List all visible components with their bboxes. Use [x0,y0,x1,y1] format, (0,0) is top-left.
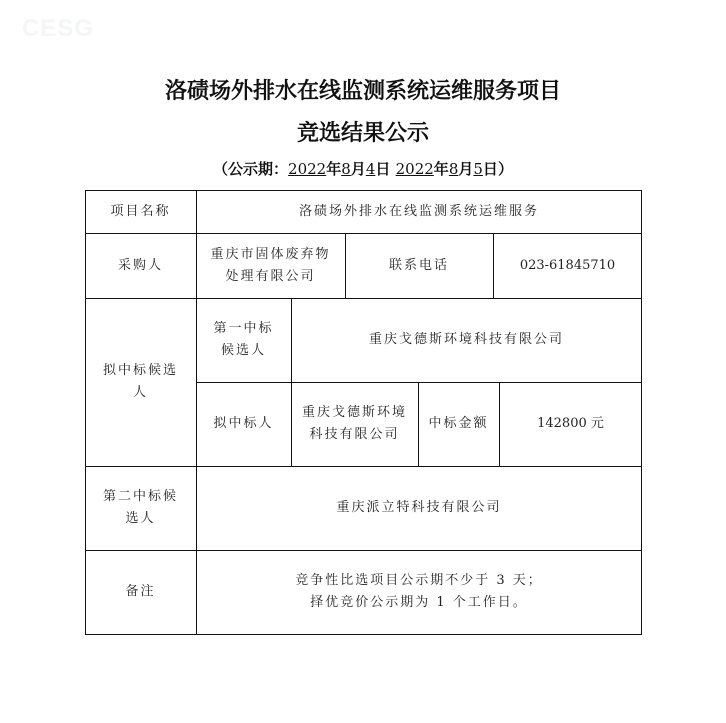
purchaser-label: 采购人 [85,233,196,298]
watermark-logo: CESG [22,15,94,43]
contact-phone-value: 023-61845710 [493,233,642,298]
start-year: 2022 [288,160,326,178]
result-table: 项目名称 洛碛场外排水在线监测系统运维服务 采购人 重庆市固体废弃物处理有限公司… [85,190,642,635]
end-day: 5 [473,160,483,178]
day-label: 日 [483,160,498,178]
day-label: 日 [375,160,390,178]
remarks-line-1: 竞争性比选项目公示期不少于 3 天； [295,570,543,592]
start-day: 4 [366,160,376,178]
proposed-winner-label: 拟中标人 [196,382,291,466]
table-border [85,634,642,635]
remarks-line-2: 择优竞价公示期为 1 个工作日。 [310,592,528,614]
document-title: 洛碛场外排水在线监测系统运维服务项目 [0,74,726,105]
contact-phone-label: 联系电话 [345,233,493,298]
document-subtitle: 竞选结果公示 [0,116,726,147]
month-label: 月 [458,160,473,178]
remarks-value: 竞争性比选项目公示期不少于 3 天； 择优竞价公示期为 1 个工作日。 [196,550,642,634]
first-candidate-value: 重庆戈德斯环境科技有限公司 [291,298,642,382]
publicity-period: （公示期：2022年8月4日 2022年8月5日） [0,158,726,179]
second-candidate-label: 第二中标候选人 [85,466,196,550]
project-name-label: 项目名称 [85,190,196,233]
second-candidate-value: 重庆派立特科技有限公司 [196,466,642,550]
end-year: 2022 [396,160,434,178]
month-label: 月 [351,160,366,178]
bid-amount-value: 142800 元 [499,382,642,466]
proposed-candidates-label: 拟中标候选人 [85,298,196,466]
remarks-label: 备注 [85,550,196,634]
purchaser-value: 重庆市固体废弃物处理有限公司 [196,233,345,298]
first-candidate-label: 第一中标候选人 [196,298,291,382]
year-label: 年 [434,160,449,178]
bid-amount-label: 中标金额 [418,382,499,466]
start-month: 8 [341,160,351,178]
period-prefix: （公示期： [213,160,288,178]
end-month: 8 [449,160,459,178]
period-suffix: ） [498,160,513,178]
proposed-winner-value: 重庆戈德斯环境科技有限公司 [291,382,418,466]
year-label: 年 [326,160,341,178]
project-name-value: 洛碛场外排水在线监测系统运维服务 [196,190,642,233]
